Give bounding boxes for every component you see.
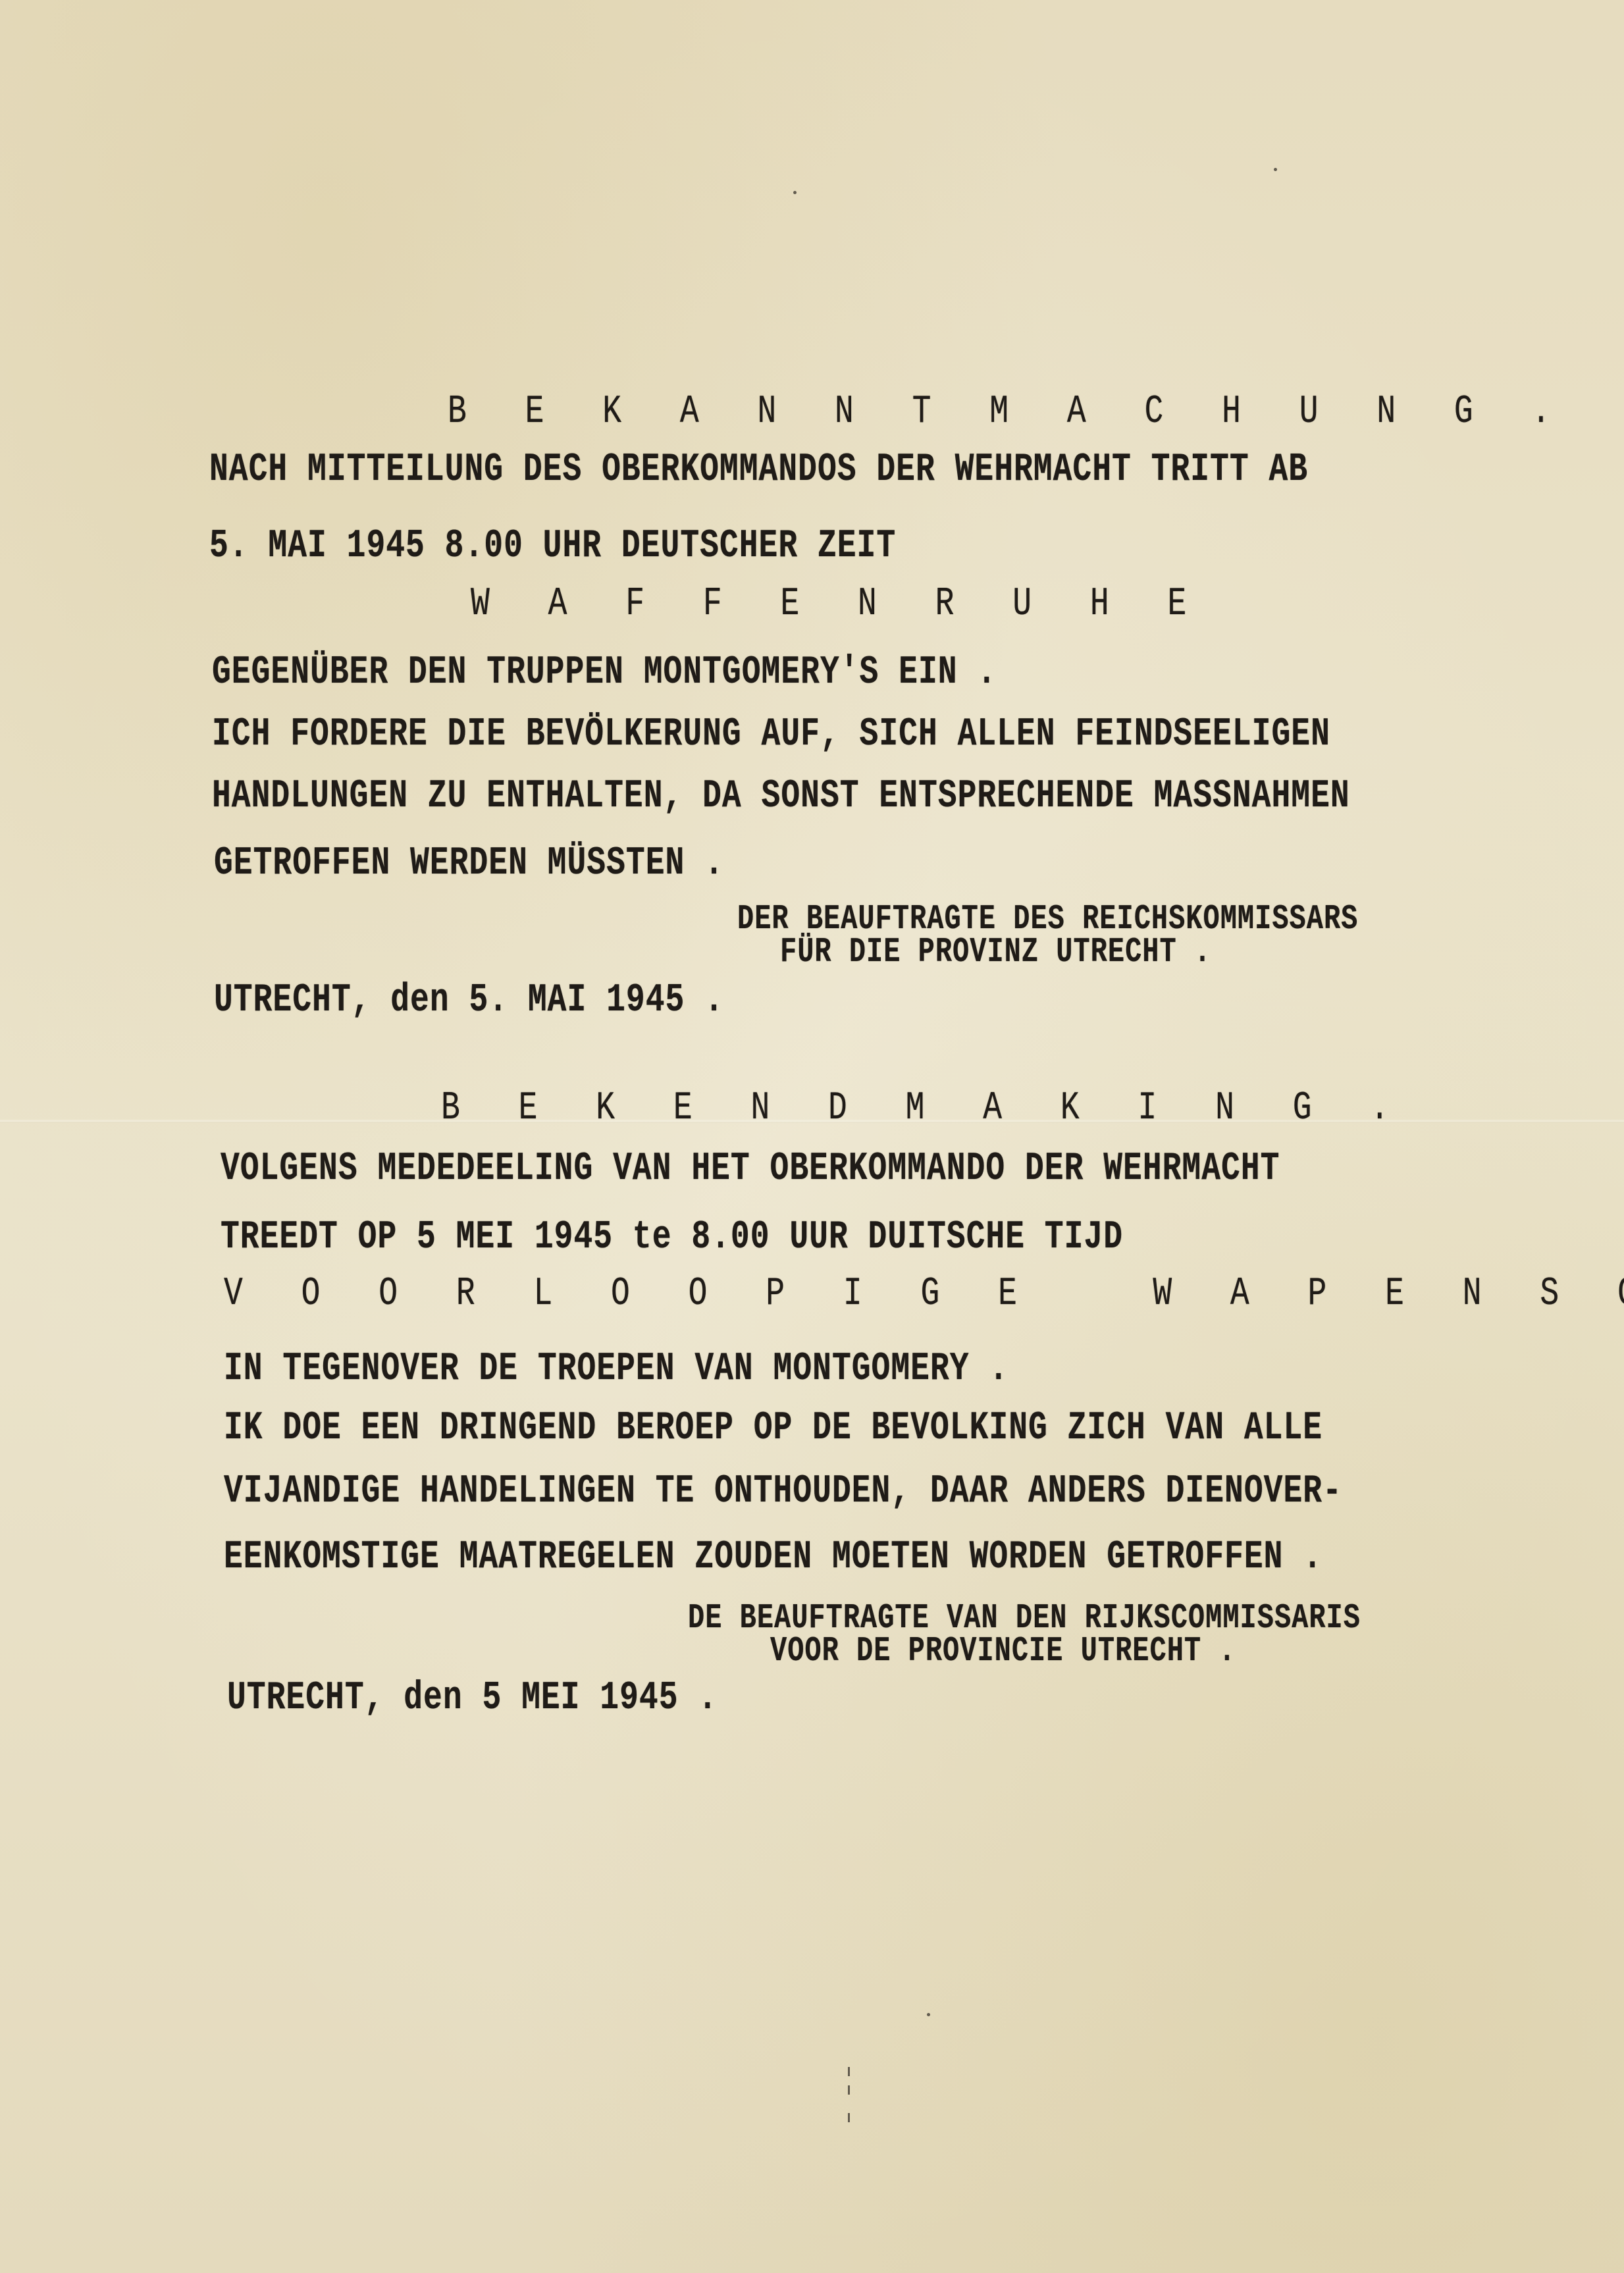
typewriter-mark [848,2085,850,2095]
german-body-line-4: GETROFFEN WERDEN MÜSSTEN . [214,841,724,886]
german-intro-line-2: 5. MAI 1945 8.00 UHR DEUTSCHER ZEIT [209,524,896,569]
dutch-signature-line-2: VOOR DE PROVINCIE UTRECHT . [770,1631,1236,1671]
dutch-intro-line-2: TREEDT OP 5 MEI 1945 te 8.00 UUR DUITSCH… [221,1215,1123,1260]
dutch-intro-line-1: VOLGENS MEDEDEELING VAN HET OBERKOMMANDO… [221,1147,1280,1191]
german-body-line-2: ICH FORDERE DIE BEVÖLKERUNG AUF, SICH AL… [212,712,1330,757]
ink-speck [793,191,797,194]
dutch-title: B E K E N D M A K I N G . [441,1086,1409,1131]
typewritten-document: B E K A N N T M A C H U N G . NACH MITTE… [0,0,1624,2273]
dutch-subheading: V O O R L O O P I G E W A P E N S C H O … [224,1272,1624,1317]
german-title: B E K A N N T M A C H U N G . [448,390,1570,434]
typewriter-mark [848,2113,850,2122]
german-body-line-3: HANDLUNGEN ZU ENTHALTEN, DA SONST ENTSPR… [212,774,1350,819]
german-subheading: W A F F E N R U H E [471,582,1206,627]
dutch-body-line-4: EENKOMSTIGE MAATREGELEN ZOUDEN MOETEN WO… [224,1535,1323,1580]
dutch-body-line-3: VIJANDIGE HANDELINGEN TE ONTHOUDEN, DAAR… [224,1469,1342,1514]
ink-speck [927,2013,930,2016]
german-date-line: UTRECHT, den 5. MAI 1945 . [214,978,724,1023]
german-intro-line-1: NACH MITTEILUNG DES OBERKOMMANDOS DER WE… [209,448,1308,492]
ink-speck [1274,168,1277,171]
dutch-date-line: UTRECHT, den 5 MEI 1945 . [227,1676,718,1721]
typewriter-mark [848,2067,850,2076]
dutch-body-line-1: IN TEGENOVER DE TROEPEN VAN MONTGOMERY . [224,1347,1008,1392]
german-signature-line-2: FÜR DIE PROVINZ UTRECHT . [780,932,1211,972]
german-body-line-1: GEGENÜBER DEN TRUPPEN MONTGOMERY'S EIN . [212,650,997,695]
dutch-body-line-2: IK DOE EEN DRINGEND BEROEP OP DE BEVOLKI… [224,1406,1323,1451]
